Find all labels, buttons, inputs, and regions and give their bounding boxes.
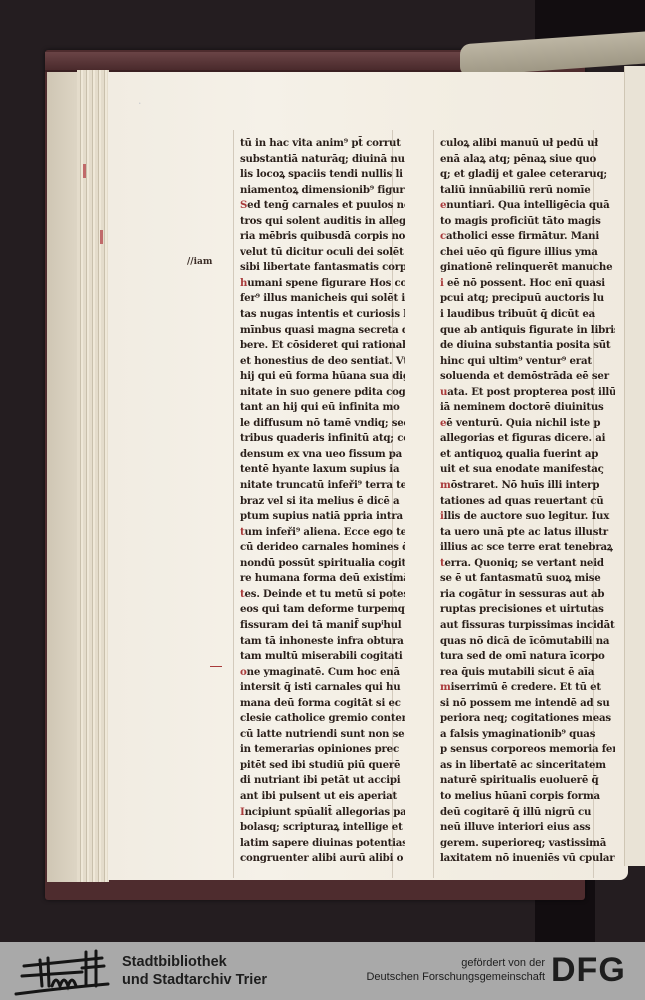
manuscript-line: substantiā naturāq; diuinā nul bbox=[240, 152, 405, 168]
ruling-line bbox=[433, 130, 434, 878]
bookmark-tab bbox=[100, 230, 103, 244]
manuscript-line: bolasq; scripturaꝝ intellige et pau bbox=[240, 820, 405, 836]
manuscript-line: clesie catholice gremio contenti bbox=[240, 711, 405, 727]
manuscript-line: pitēt sed ibi studiū piū querē bbox=[240, 758, 405, 774]
manuscript-line: uit et sua enodate manifestaς bbox=[440, 462, 615, 478]
manuscript-line: di nutriant ibi petāt ut accipi bbox=[240, 773, 405, 789]
manuscript-line: terra. Quoniq; se vertant neid bbox=[440, 556, 615, 572]
manuscript-line: congruenter alibi aurū alibi o bbox=[240, 851, 405, 867]
manuscript-line: nondū possūt spiritualia cogita bbox=[240, 556, 405, 572]
rubricated-initial: o bbox=[240, 666, 247, 678]
manuscript-line: tant an hij qui eū infinita mo bbox=[240, 400, 405, 416]
manuscript-line: gerem. superioreq; vastissimā bbox=[440, 836, 615, 852]
paragraph-mark bbox=[210, 666, 222, 667]
manuscript-line: nitate truncatū infeři⁹ terra tene bbox=[240, 478, 405, 494]
manuscript-line: iā neminem doctorē diuinitus bbox=[440, 400, 615, 416]
manuscript-line: Incipiunt spūalit̄ allegorias pa bbox=[240, 805, 405, 821]
manuscript-line: to melius hūanī corpis forma bbox=[440, 789, 615, 805]
manuscript-line: ta uero unā pte ac latus illustr bbox=[440, 525, 615, 541]
manuscript-line: tas nugas intentis et curiosis ho bbox=[240, 307, 405, 323]
rubricated-initial: m bbox=[440, 681, 451, 693]
manuscript-line: si nō possem me intendē ad su bbox=[440, 696, 615, 712]
manuscript-line: nitate in suo genere pdita cogi bbox=[240, 385, 405, 401]
manuscript-line: i eē nō possent. Hoc enī quasi bbox=[440, 276, 615, 292]
manuscript-line: soluenda et demōstrāda eē ser bbox=[440, 369, 615, 385]
rubricated-initial: i bbox=[440, 510, 444, 522]
manuscript-line: fer⁹ illus manicheis qui solēt il bbox=[240, 291, 405, 307]
manuscript-line: velut tū dicitur oculi dei solēt bbox=[240, 245, 405, 261]
funding-line-2: Deutschen Forschungsgemeinschaft bbox=[366, 970, 545, 984]
manuscript-line: p sensus corporeos memoria fer bbox=[440, 742, 615, 758]
dfg-logo: DFG bbox=[551, 953, 626, 987]
manuscript-line: mīnbus quasi magna secreta descri bbox=[240, 323, 405, 339]
manuscript-line: to magis proficiūt tāto magis bbox=[440, 214, 615, 230]
manuscript-line: niamentoꝝ dimensionib⁹ figurari bbox=[240, 183, 405, 199]
rubricated-initial: c bbox=[440, 230, 446, 242]
manuscript-line: in temerarias opiniones prec bbox=[240, 742, 405, 758]
funding-line-1: gefördert von der bbox=[366, 956, 545, 970]
margin-note: //iam bbox=[187, 257, 212, 267]
manuscript-line: tam multū miserabili cogitati bbox=[240, 649, 405, 665]
rubricated-initial: t bbox=[240, 588, 245, 600]
manuscript-line: ptum supius natiā ppria intra bbox=[240, 509, 405, 525]
manuscript-line: cū derideo carnales homines q̄ bbox=[240, 540, 405, 556]
manuscript-line: neū illuve interiori eius ass bbox=[440, 820, 615, 836]
manuscript-line: tes. Deinde et tu metū si potes bbox=[240, 587, 405, 603]
manuscript-line: mōstraret. Nō huīs illi interp bbox=[440, 478, 615, 494]
manuscript-line: chei uēo qū figure illius yma bbox=[440, 245, 615, 261]
manuscript-line: hij qui eū forma hūana sua dig bbox=[240, 369, 405, 385]
manuscript-line: eos qui tam deforme turpemq; bbox=[240, 602, 405, 618]
manuscript-line: sibi libertate fantasmatis corpis bbox=[240, 260, 405, 276]
binding-top-edge bbox=[45, 52, 465, 72]
bookmark-tab bbox=[83, 164, 86, 178]
manuscript-line: bere. Et cōsideret qui rationabil⁹ bbox=[240, 338, 405, 354]
rubricated-initial: S bbox=[240, 199, 247, 211]
manuscript-line: Sed tenḡ carnales et puulos nol bbox=[240, 198, 405, 214]
manuscript-line: rea q̄uis mutabili sicut ē aīa bbox=[440, 665, 615, 681]
manuscript-line: hinc qui ultim⁹ ventur⁹ erat bbox=[440, 354, 615, 370]
manuscript-line: humani spene figurare Hos con bbox=[240, 276, 405, 292]
rubricated-initial: h bbox=[240, 277, 247, 289]
manuscript-line: tura sed de omī natura īcorpo bbox=[440, 649, 615, 665]
manuscript-line: tum infeři⁹ aliena. Ecce ego te bbox=[240, 525, 405, 541]
manuscript-line: et honestius de deo sentiat. Vtrū bbox=[240, 354, 405, 370]
manuscript-line: taliū innūabiliū rerū nomīe bbox=[440, 183, 615, 199]
manuscript-line: et antiquoꝝ qualia fuerint ap bbox=[440, 447, 615, 463]
institution-line-1: Stadtbibliothek bbox=[122, 953, 267, 971]
manuscript-line: tam tā inhoneste infra obtura bbox=[240, 634, 405, 650]
manuscript-line: catholici esse firmātur. Mani bbox=[440, 229, 615, 245]
manuscript-line: a falsis ymaginationib⁹ quas bbox=[440, 727, 615, 743]
manuscript-line: que ab antiquis figurate in libris bbox=[440, 323, 615, 339]
ruling-line bbox=[233, 130, 234, 878]
manuscript-line: one ymaginatē. Cum hoc enā bbox=[240, 665, 405, 681]
manuscript-line: quas nō dicā de īcōmutabili na bbox=[440, 634, 615, 650]
manuscript-line: aut fissuras turpissimas incidāt bbox=[440, 618, 615, 634]
rubricated-initial: I bbox=[240, 806, 245, 818]
manuscript-line: ria cogātur in sessuras aut ab bbox=[440, 587, 615, 603]
funding-credit: gefördert von der Deutschen Forschungsge… bbox=[366, 956, 545, 984]
manuscript-line: eē venturū. Quia nichil iste p bbox=[440, 416, 615, 432]
manuscript-line: de diuina substantia posita sūt bbox=[440, 338, 615, 354]
manuscript-line: le diffusum nō tamē vndiq; sed bbox=[240, 416, 405, 432]
manuscript-line: tribus quaderis infinitū atq; cō bbox=[240, 431, 405, 447]
manuscript-line: se ē ut fantasmatū suoꝝ mise bbox=[440, 571, 615, 587]
manuscript-line: tationes ad quas reuertant cū bbox=[440, 494, 615, 510]
manuscript-line: intersit q̄ isti carnales qui hu bbox=[240, 680, 405, 696]
manuscript-line: fissuram dei tā manif̄ supⁱhul bbox=[240, 618, 405, 634]
manuscript-line: miserrimū ē credere. Et tū et bbox=[440, 680, 615, 696]
manuscript-line: illius ac sce terre erat tenebraꝝ bbox=[440, 540, 615, 556]
manuscript-line: uata. Et post propterea post illū bbox=[440, 385, 615, 401]
facing-leaf-edge bbox=[624, 66, 645, 866]
manuscript-line: mana deū forma cogitāt si ec bbox=[240, 696, 405, 712]
manuscript-line: lis locoꝝ spaciis tendi nullis li bbox=[240, 167, 405, 183]
text-column-left: tū in hac vita anim⁹ pt̄ corrutsubstanti… bbox=[240, 136, 405, 867]
rubricated-initial: t bbox=[440, 557, 445, 569]
manuscript-line: ant ibi pulsent ut eis aperiat bbox=[240, 789, 405, 805]
manuscript-line: tros qui solent auditis in allego bbox=[240, 214, 405, 230]
manuscript-line: tentē hyante laxum supius ia bbox=[240, 462, 405, 478]
manuscript-line: culoꝝ alibi manuū uł pedū uł bbox=[440, 136, 615, 152]
rubricated-initial: t bbox=[240, 526, 245, 538]
endleaf bbox=[47, 72, 78, 882]
page-stack bbox=[77, 70, 109, 882]
manuscript-line: cū latte nutriendi sunt non se bbox=[240, 727, 405, 743]
institution-name: Stadtbibliothek und Stadtarchiv Trier bbox=[122, 953, 267, 989]
rubricated-initial: u bbox=[440, 386, 447, 398]
rubricated-initial: i bbox=[440, 277, 444, 289]
manuscript-line: allegorias et figuras dicere. ai bbox=[440, 431, 615, 447]
manuscript-line: periora neq; cogitationes meas bbox=[440, 711, 615, 727]
manuscript-line: enā alaꝝ atq; pēnaꝝ siue quo bbox=[440, 152, 615, 168]
manuscript-line: ria mēbris quibusdā corpis nostri bbox=[240, 229, 405, 245]
rubricated-initial: e bbox=[440, 199, 446, 211]
footer-banner: Stadtbibliothek und Stadtarchiv Trier ge… bbox=[0, 942, 645, 1000]
manuscript-line: i laudibus tribuūt q̄ dicūt ea bbox=[440, 307, 615, 323]
manuscript-line: illis de auctore suo legitur. Iux bbox=[440, 509, 615, 525]
manuscript-line: densum ex vna ueo fissum pa bbox=[240, 447, 405, 463]
manuscript-line: laxitatem nō inueniēs vū cpulare bbox=[440, 851, 615, 867]
manuscript-line: tū in hac vita anim⁹ pt̄ corrut bbox=[240, 136, 405, 152]
manuscript-line: as in libertatē ac sinceritatem bbox=[440, 758, 615, 774]
manuscript-line: latim sapere diuinas potentias bbox=[240, 836, 405, 852]
rubricated-initial: e bbox=[440, 417, 446, 429]
institution-line-2: und Stadtarchiv Trier bbox=[122, 971, 267, 989]
manuscript-line: enuntiari. Qua intelligēcia quā bbox=[440, 198, 615, 214]
manuscript-line: naturē spiritualis euoluerē q̄ bbox=[440, 773, 615, 789]
manuscript-line: ruptas precisiones et uirtutas bbox=[440, 602, 615, 618]
folio-mark: · bbox=[138, 97, 142, 110]
manuscript-line: q; et gladij et galee ceteraruq; bbox=[440, 167, 615, 183]
manuscript-line: re humana forma deū existimā bbox=[240, 571, 405, 587]
stadtbibliothek-logo-icon bbox=[12, 946, 112, 996]
manuscript-line: pcui atq; precipuū auctoris lu bbox=[440, 291, 615, 307]
manuscript-line: deū cogitarē q̄ illū nigrū cu bbox=[440, 805, 615, 821]
manuscript-line: braz vel si ita melius ē dicē a bbox=[240, 494, 405, 510]
manuscript-line: ginationē relinquerēt manuche bbox=[440, 260, 615, 276]
rubricated-initial: m bbox=[440, 479, 451, 491]
text-column-right: culoꝝ alibi manuū uł pedū ułenā alaꝝ atq… bbox=[440, 136, 615, 867]
